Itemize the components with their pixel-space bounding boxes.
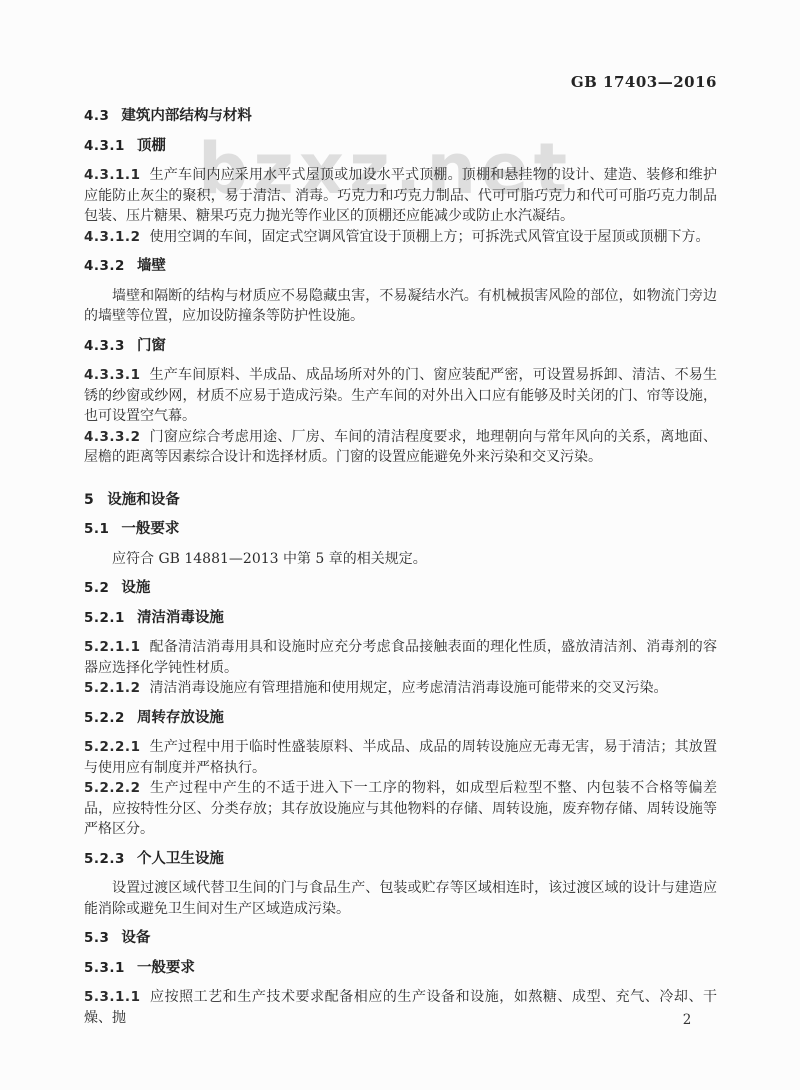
clause-text: 个人卫生设施	[137, 851, 224, 867]
paragraph: 应符合 GB 14881—2013 中第 5 章的相关规定。	[84, 549, 717, 570]
clause-text: 设置过渡区域代替卫生间的门与食品生产、包装或贮存等区域相连时，该过渡区域的设计与…	[84, 880, 717, 917]
clause-text: 使用空调的车间，固定式空调风管宜设于顶棚上方；可拆洗式风管宜设于屋顶或顶棚下方。	[149, 229, 709, 245]
heading-4-3-1: 4.3.1顶棚	[84, 136, 717, 157]
clause-text: 配备清洁消毒用具和设施时应充分考虑食品接触表面的理化性质，盛放清洁剂、消毒剂的容…	[84, 639, 717, 676]
clause-number: 5.2.1	[84, 610, 125, 626]
clause-number: 4.3.1	[84, 138, 125, 154]
clause-4-3-3-1: 4.3.3.1生产车间原料、半成品、成品场所对外的门、窗应装配严密，可设置易拆卸…	[84, 365, 717, 427]
heading-5-3: 5.3设备	[84, 928, 717, 949]
document-page: bzxz.net GB 17403—2016 4.3建筑内部结构与材料4.3.1…	[0, 0, 800, 1090]
clause-text: 设施和设备	[107, 492, 180, 508]
clause-number: 5.2.1.2	[84, 680, 140, 696]
heading-4-3-2: 4.3.2墙壁	[84, 256, 717, 277]
clause-number: 5.2.1.1	[84, 639, 140, 655]
clause-number: 5.3.1.1	[84, 989, 140, 1005]
standard-number-header: GB 17403—2016	[84, 72, 717, 93]
paragraph: 设置过渡区域代替卫生间的门与食品生产、包装或贮存等区域相连时，该过渡区域的设计与…	[84, 878, 717, 919]
clause-5-2-2-1: 5.2.2.1生产过程中用于临时性盛装原料、半成品、成品的周转设施应无毒无害，易…	[84, 737, 717, 778]
clause-5-2-1-2: 5.2.1.2清洁消毒设施应有管理措施和使用规定，应考虑清洁消毒设施可能带来的交…	[84, 678, 717, 699]
clause-text: 应按照工艺和生产技术要求配备相应的生产设备和设施，如熬糖、成型、充气、冷却、干燥…	[84, 989, 717, 1026]
clause-number: 5	[84, 492, 94, 508]
heading-5: 5设施和设备	[84, 490, 717, 511]
clause-number: 5.2.3	[84, 851, 125, 867]
clause-text: 建筑内部结构与材料	[121, 108, 252, 124]
clause-number: 5.3	[84, 930, 109, 946]
clause-text: 顶棚	[137, 138, 166, 154]
clause-number: 5.1	[84, 521, 109, 537]
clause-4-3-3-2: 4.3.3.2门窗应综合考虑用途、厂房、车间的清洁程度要求，地理朝向与常年风向的…	[84, 427, 717, 468]
document-content: GB 17403—2016 4.3建筑内部结构与材料4.3.1顶棚4.3.1.1…	[84, 72, 717, 1028]
clause-5-3-1-1: 5.3.1.1应按照工艺和生产技术要求配备相应的生产设备和设施，如熬糖、成型、充…	[84, 987, 717, 1028]
heading-5-1: 5.1一般要求	[84, 519, 717, 540]
clause-text: 设施	[121, 580, 150, 596]
heading-5-2-1: 5.2.1清洁消毒设施	[84, 608, 717, 629]
clause-text: 一般要求	[137, 960, 195, 976]
clause-text: 生产车间内应采用水平式屋顶或加设水平式顶棚。顶棚和悬挂物的设计、建造、装修和维护…	[84, 167, 717, 224]
clause-number: 4.3.3.1	[84, 367, 140, 383]
clause-text: 生产过程中产生的不适于进入下一工序的物料，如成型后粒型不整、内包装不合格等偏差品…	[84, 780, 717, 837]
clause-text: 墙壁	[137, 258, 166, 274]
heading-4-3-3: 4.3.3门窗	[84, 336, 717, 357]
clause-4-3-1-2: 4.3.1.2使用空调的车间，固定式空调风管宜设于顶棚上方；可拆洗式风管宜设于屋…	[84, 227, 717, 248]
clause-text: 墙壁和隔断的结构与材质应不易隐藏虫害，不易凝结水汽。有机械损害风险的部位，如物流…	[84, 288, 717, 325]
clause-text: 清洁消毒设施	[137, 610, 224, 626]
clause-number: 4.3.3	[84, 338, 125, 354]
heading-4-3: 4.3建筑内部结构与材料	[84, 106, 717, 127]
clause-number: 4.3.2	[84, 258, 125, 274]
clause-text: 设备	[121, 930, 150, 946]
heading-5-3-1: 5.3.1一般要求	[84, 958, 717, 979]
clause-number: 5.2	[84, 580, 109, 596]
clause-text: 生产车间原料、半成品、成品场所对外的门、窗应装配严密，可设置易拆卸、清洁、不易生…	[84, 367, 717, 424]
clause-number: 5.2.2.1	[84, 739, 140, 755]
clause-5-2-1-1: 5.2.1.1配备清洁消毒用具和设施时应充分考虑食品接触表面的理化性质，盛放清洁…	[84, 637, 717, 678]
clause-number: 4.3	[84, 108, 109, 124]
clause-4-3-1-1: 4.3.1.1生产车间内应采用水平式屋顶或加设水平式顶棚。顶棚和悬挂物的设计、建…	[84, 165, 717, 227]
clause-text: 清洁消毒设施应有管理措施和使用规定，应考虑清洁消毒设施可能带来的交叉污染。	[149, 680, 667, 696]
paragraph: 墙壁和隔断的结构与材质应不易隐藏虫害，不易凝结水汽。有机械损害风险的部位，如物流…	[84, 286, 717, 327]
clause-number: 5.3.1	[84, 960, 125, 976]
heading-5-2-2: 5.2.2周转存放设施	[84, 708, 717, 729]
clause-text: 应符合 GB 14881—2013 中第 5 章的相关规定。	[112, 551, 427, 567]
clause-text: 生产过程中用于临时性盛装原料、半成品、成品的周转设施应无毒无害，易于清洁；其放置…	[84, 739, 717, 776]
clause-text: 门窗	[137, 338, 166, 354]
clause-number: 4.3.3.2	[84, 429, 140, 445]
clause-number: 5.2.2	[84, 710, 125, 726]
clause-number: 4.3.1.2	[84, 229, 140, 245]
page-number: 2	[672, 1012, 702, 1028]
heading-5-2-3: 5.2.3个人卫生设施	[84, 849, 717, 870]
document-body: 4.3建筑内部结构与材料4.3.1顶棚4.3.1.1生产车间内应采用水平式屋顶或…	[84, 106, 717, 1028]
clause-text: 一般要求	[121, 521, 179, 537]
clause-text: 周转存放设施	[137, 710, 224, 726]
heading-5-2: 5.2设施	[84, 578, 717, 599]
clause-text: 门窗应综合考虑用途、厂房、车间的清洁程度要求，地理朝向与常年风向的关系，离地面、…	[84, 429, 717, 466]
clause-5-2-2-2: 5.2.2.2生产过程中产生的不适于进入下一工序的物料，如成型后粒型不整、内包装…	[84, 778, 717, 840]
clause-number: 5.2.2.2	[84, 780, 140, 796]
clause-number: 4.3.1.1	[84, 167, 140, 183]
